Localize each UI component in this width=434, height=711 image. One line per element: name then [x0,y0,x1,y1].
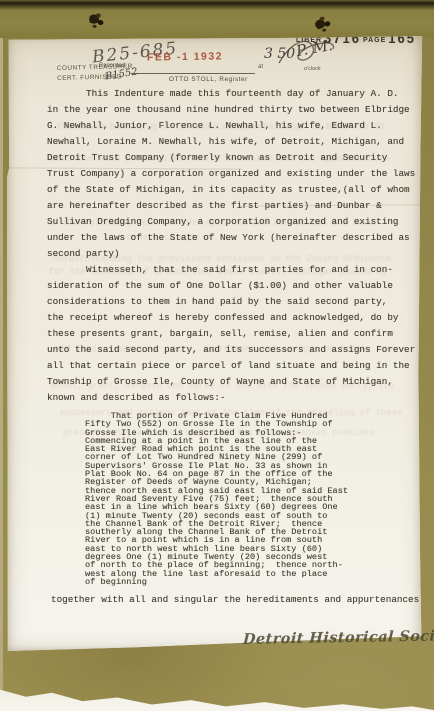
watermark-detroit-historical-society: Detroit Historical Society [243,627,434,648]
deed-page: LIBER3716PAGE165 B25-685 COUNTY TREASURE… [7,36,423,651]
indenture-paragraphs: This Indenture made this fourteenth day … [47,86,423,406]
typed-text-line: Newhall, Loraine M. Newhall, his wife, o… [47,134,423,150]
deed-body-text: This Indenture made this fourteenth day … [47,86,423,607]
typed-text-line: Witnesseth, that the said first parties … [47,262,423,278]
typed-text-line: second party) [47,246,423,262]
legal-description-block: That portion of Private Claim Five Hundr… [85,412,423,586]
typed-text-line: sideration of the sum of One Dollar ($1.… [47,278,423,294]
typed-text-line: of the State of Michigan, in its capacit… [47,182,423,198]
closing-clause-line: together with all and singular the hered… [47,593,423,607]
binding-strip [0,0,434,38]
typed-text-line: G. Newhall, Junior, Florence L. Newhall,… [47,118,423,134]
typed-text-line: This Indenture made this fourteenth day … [47,86,423,102]
scanned-document: LIBER3716PAGE165 B25-685 COUNTY TREASURE… [0,0,434,711]
typed-text-line: under the laws of the State of New York … [47,230,423,246]
typed-text-line: unto the said second party, and its succ… [47,342,423,358]
typed-text-line: all that certain piece or parcel of land… [47,358,423,374]
typed-text-line: the receipt whereof is hereby confessed … [47,310,423,326]
typed-text-line: in the year one thousand nine hundred th… [47,102,423,118]
typed-text-line: these presents grant, bargain, sell, rem… [47,326,423,342]
typed-text-line: considerations to them in hand paid by t… [47,294,423,310]
typed-text-line: Township of Grosse Ile, County of Wayne … [47,374,423,390]
typed-text-line: Trust Company) a corporation organized a… [47,166,423,182]
typed-text-line: of beginning [85,578,423,586]
typed-text-line: Detroit Trust Company (formerly known as… [47,150,423,166]
typed-text-line: known and described as follows:- [47,390,423,406]
typed-text-line: Sullivan Dredging Company, a corporation… [47,214,423,230]
typed-text-line: are hereinafter described as the first p… [47,198,423,214]
scan-edge-sliver [0,0,3,711]
